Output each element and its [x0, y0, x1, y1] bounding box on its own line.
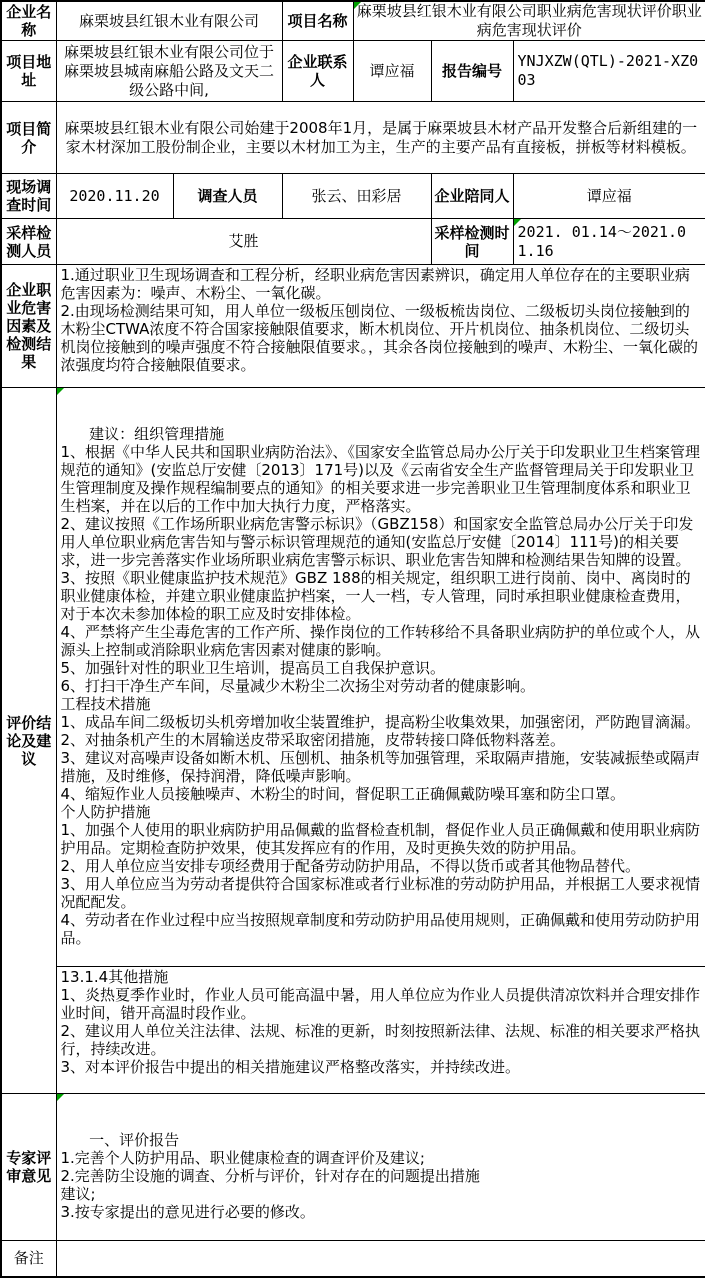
row-expert-opinion: 专家评审意见 一、评价报告 1.完善个人防护用品、职业健康检查的调查评价及建议;… — [1, 1094, 705, 1241]
expert-opinion-label: 专家评审意见 — [1, 1094, 56, 1241]
company-name-label: 企业名称 — [1, 1, 56, 41]
project-name-text: 麻栗坡县红银木业有限公司职业病危害现状评价职业病危害现状评价 — [357, 2, 702, 39]
survey-date-label: 现场调查时间 — [1, 174, 56, 219]
comment-marker-icon — [354, 2, 361, 9]
sampling-date-value: 2021. 01.14～2021.01.16 — [513, 219, 705, 265]
hazard-factors-label: 企业职业危害因素及检测结果 — [1, 265, 56, 388]
company-escort-value: 谭应福 — [513, 174, 705, 219]
report-number-value: YNJXZW(QTL)-2021-XZ003 — [513, 41, 705, 102]
row-survey: 现场调查时间 2020.11.20 调查人员 张云、田彩居 企业陪同人 谭应福 — [1, 174, 705, 219]
survey-date-value: 2020.11.20 — [56, 174, 173, 219]
evaluation-form-table: 企业名称 麻栗坡县红银木业有限公司 项目名称 麻栗坡县红银木业有限公司职业病危害… — [0, 0, 705, 1278]
surveyors-value: 张云、田彩居 — [282, 174, 431, 219]
comment-marker-icon — [57, 388, 64, 395]
company-contact-label: 企业联系人 — [282, 41, 353, 102]
company-name-value: 麻栗坡县红银木业有限公司 — [56, 1, 282, 41]
conclusions-part2-value: 13.1.4其他措施 1、炎热夏季作业时，作业人员可能高温中暑，用人单位应为作业… — [56, 967, 705, 1094]
comment-marker-icon — [57, 1094, 64, 1101]
remarks-label: 备注 — [1, 1241, 56, 1277]
evaluation-form: 企业名称 麻栗坡县红银木业有限公司 项目名称 麻栗坡县红银木业有限公司职业病危害… — [0, 0, 705, 1278]
row-conclusions-part1: 评价结论及建议 建议：组织管理措施 1、根据《中华人民共和国职业病防治法》、《国… — [1, 388, 705, 967]
project-summary-value: 麻栗坡县红银木业有限公司始建于2008年1月，是属于麻栗坡县木材产品开发整合后新… — [56, 102, 705, 174]
row-sampling: 采样检测人员 艾胜 采样检测时间 2021. 01.14～2021.01.16 — [1, 219, 705, 265]
row-company-project: 企业名称 麻栗坡县红银木业有限公司 项目名称 麻栗坡县红银木业有限公司职业病危害… — [1, 1, 705, 41]
row-project-summary: 项目简介 麻栗坡县红银木业有限公司始建于2008年1月，是属于麻栗坡县木材产品开… — [1, 102, 705, 174]
surveyors-label: 调查人员 — [173, 174, 282, 219]
conclusions-label: 评价结论及建议 — [1, 388, 56, 1094]
hazard-factors-value: 1.通过职业卫生现场调查和工程分析，经职业病危害因素辨识，确定用人单位存在的主要… — [56, 265, 705, 388]
row-address-contact: 项目地址 麻栗坡县红银木业有限公司位于麻栗坡县城南麻船公路及文天二级公路中间, … — [1, 41, 705, 102]
row-remarks: 备注 — [1, 1241, 705, 1277]
project-name-label: 项目名称 — [282, 1, 353, 41]
row-hazard-factors: 企业职业危害因素及检测结果 1.通过职业卫生现场调查和工程分析，经职业病危害因素… — [1, 265, 705, 388]
sampling-staff-value: 艾胜 — [56, 219, 431, 265]
sampling-date-label: 采样检测时间 — [431, 219, 513, 265]
report-number-label: 报告编号 — [431, 41, 513, 102]
remarks-value — [56, 1241, 705, 1277]
comment-marker-icon — [514, 219, 521, 226]
expert-opinion-text: 一、评价报告 1.完善个人防护用品、职业健康检查的调查评价及建议; 2.完善防尘… — [61, 1131, 480, 1221]
project-summary-label: 项目简介 — [1, 102, 56, 174]
expert-opinion-value: 一、评价报告 1.完善个人防护用品、职业健康检查的调查评价及建议; 2.完善防尘… — [56, 1094, 705, 1241]
project-address-label: 项目地址 — [1, 41, 56, 102]
company-escort-label: 企业陪同人 — [431, 174, 513, 219]
project-address-value: 麻栗坡县红银木业有限公司位于麻栗坡县城南麻船公路及文天二级公路中间, — [56, 41, 282, 102]
row-conclusions-part2: 13.1.4其他措施 1、炎热夏季作业时，作业人员可能高温中暑，用人单位应为作业… — [1, 967, 705, 1094]
sampling-date-text: 2021. 01.14～2021.01.16 — [518, 223, 687, 260]
sampling-staff-label: 采样检测人员 — [1, 219, 56, 265]
project-name-value: 麻栗坡县红银木业有限公司职业病危害现状评价职业病危害现状评价 — [353, 1, 705, 41]
company-contact-value: 谭应福 — [353, 41, 431, 102]
conclusions-part1-text: 建议：组织管理措施 1、根据《中华人民共和国职业病防治法》、《国家安全监管总局办… — [61, 425, 701, 947]
conclusions-part1-value: 建议：组织管理措施 1、根据《中华人民共和国职业病防治法》、《国家安全监管总局办… — [56, 388, 705, 967]
